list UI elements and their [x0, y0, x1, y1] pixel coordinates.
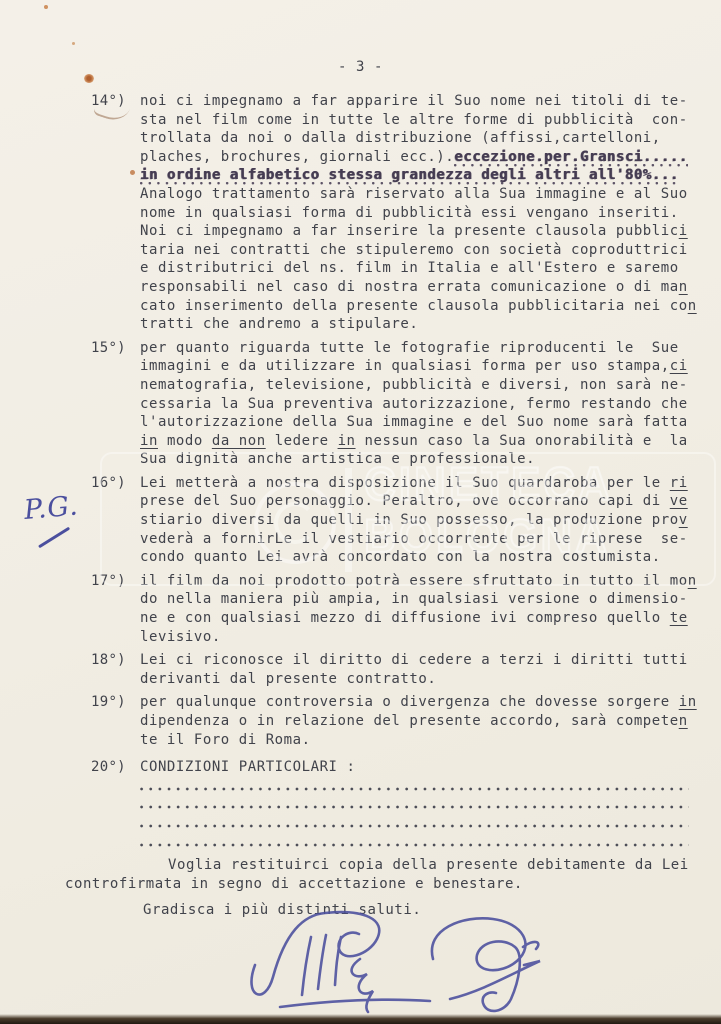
scan-edge — [0, 1014, 721, 1024]
typed-text: ledere — [266, 433, 338, 449]
underlined-text: in — [140, 433, 158, 449]
foxing-stain — [72, 42, 75, 45]
typed-text: Sua dignità anche artistica e profession… — [140, 451, 535, 467]
typed-text: dipendenza o in relazione del presente a… — [140, 713, 679, 729]
typed-text: trollata da noi o dalla distribuzione (a… — [140, 130, 661, 146]
clause-line: per qualunque controversia o divergenza … — [140, 693, 695, 712]
dotted-line — [140, 777, 689, 796]
clause-line: levisivo. — [140, 628, 695, 647]
clause-line: l'autorizzazione della Sua immagine e de… — [140, 413, 695, 432]
clause-text: CONDIZIONI PARTICOLARI : — [140, 758, 695, 851]
clauses: 14°)noi ci impegnamo a far apparire il S… — [0, 92, 721, 851]
dotted-line — [140, 795, 689, 814]
typed-text: vederà a fornirLe il vestiario occorrent… — [140, 531, 688, 547]
clause-line: per quanto riguarda tutte le fotografie … — [140, 339, 695, 358]
clause-number: 15°) — [91, 339, 140, 469]
clause: 16°)Lei metterà a nostra disposizione il… — [91, 474, 721, 567]
clause-line: il film da noi prodotto potrà essere sfr… — [140, 572, 695, 591]
closing-paragraph: Voglia restituirci copia della presente … — [0, 856, 721, 920]
clause-line: sta nel film come in tutte le altre form… — [140, 111, 695, 130]
foxing-stain — [44, 5, 48, 9]
typed-text: tratti che andremo a stipulare. — [140, 316, 418, 332]
underlined-text: da non — [212, 433, 266, 449]
clause-line: prese del Suo personaggio. Peraltro, ove… — [140, 492, 695, 511]
underlined-text: in — [679, 694, 697, 710]
typed-text: nessun caso la Sua onorabilità e la — [356, 433, 688, 449]
clause-line: Noi ci impegnamo a far inserire la prese… — [140, 222, 695, 241]
typed-text: cato inserimento della presente clausola… — [140, 298, 688, 314]
clause-line: Lei ci riconosce il diritto di cedere a … — [140, 651, 695, 670]
clause-line: stiario diversi da quelli in Suo possess… — [140, 511, 695, 530]
clause-line: dipendenza o in relazione del presente a… — [140, 712, 695, 731]
typed-text: levisivo. — [140, 629, 221, 645]
typed-text: prese del Suo personaggio. Peraltro, ove… — [140, 493, 670, 509]
clause: 14°)noi ci impegnamo a far apparire il S… — [91, 92, 721, 334]
underlined-text: n — [688, 298, 697, 314]
clause-line: do nella maniera più ampia, in qualsiasi… — [140, 590, 695, 609]
clause-line: in ordine alfabetico stessa grandezza de… — [140, 166, 695, 185]
typed-text: Analogo trattamento sarà riservato alla … — [140, 186, 688, 202]
clause-line: Lei metterà a nostra disposizione il Suo… — [140, 474, 695, 493]
clause-text: noi ci impegnamo a far apparire il Suo n… — [140, 92, 695, 334]
clause-number: 20°) — [91, 758, 140, 851]
typed-content: 14°)noi ci impegnamo a far apparire il S… — [0, 92, 721, 920]
clause: 15°)per quanto riguarda tutte le fotogra… — [91, 339, 721, 469]
clause: 20°)CONDIZIONI PARTICOLARI : — [91, 758, 721, 851]
clause-line: cessaria la Sua preventiva autorizzazion… — [140, 395, 695, 414]
clause-line: ne e con qualsiasi mezzo di diffusione i… — [140, 609, 695, 628]
clause-line: in modo da non ledere in nessun caso la … — [140, 432, 695, 451]
clause-line: nematografia, televisione, pubblicità e … — [140, 376, 695, 395]
typed-text: plaches, brochures, giornali ecc.). — [140, 149, 454, 165]
clause-line: condo quanto Lei avrà concordato con la … — [140, 548, 695, 567]
underlined-text: v — [679, 512, 688, 528]
typed-text: Lei metterà a nostra disposizione il Suo… — [140, 475, 670, 491]
clause-line: e distributrici del ns. film in Italia e… — [140, 259, 695, 278]
dotted-line — [140, 814, 689, 833]
clause-line: te il Foro di Roma. — [140, 731, 695, 750]
typed-text: nematografia, televisione, pubblicità e … — [140, 377, 688, 393]
typed-text: l'autorizzazione della Sua immagine e de… — [140, 414, 688, 430]
dotted-line — [140, 833, 689, 852]
typed-text: immagini e da utilizzare in qualsiasi fo… — [140, 358, 670, 374]
clause-line: derivanti dal presente contratto. — [140, 670, 695, 689]
typed-text: responsabili nel caso di nostra errata c… — [140, 279, 679, 295]
document-page: - 3 - 14°)noi ci impegnamo a far apparir… — [0, 0, 721, 1024]
clause: 18°)Lei ci riconosce il diritto di ceder… — [91, 651, 721, 688]
typed-text: Lei ci riconosce il diritto di cedere a … — [140, 652, 688, 668]
underlined-text: ri — [670, 475, 688, 491]
foxing-stain — [84, 74, 94, 83]
underlined-text: te — [670, 610, 688, 626]
closing-line: Gradisca i più distinti saluti. — [65, 901, 721, 920]
clause: 17°)il film da noi prodotto potrà essere… — [91, 572, 721, 646]
underlined-text: i — [679, 223, 688, 239]
underlined-text: n — [679, 713, 688, 729]
clause-number: 17°) — [91, 572, 140, 646]
closing-line: controfirmata in segno di accettazione e… — [65, 875, 721, 894]
clause-number: 18°) — [91, 651, 140, 688]
overstruck-text: in ordine alfabetico stessa grandezza de… — [140, 167, 679, 185]
typed-text: ne e con qualsiasi mezzo di diffusione i… — [140, 610, 670, 626]
clause-line: vederà a fornirLe il vestiario occorrent… — [140, 530, 695, 549]
clause-line: nome in qualsiasi forma di pubblicità es… — [140, 204, 695, 223]
typed-text: sta nel film come in tutte le altre form… — [140, 112, 688, 128]
clause-line: immagini e da utilizzare in qualsiasi fo… — [140, 357, 695, 376]
underlined-text: in — [338, 433, 356, 449]
clause-line: Analogo trattamento sarà riservato alla … — [140, 185, 695, 204]
typed-text: Noi ci impegnamo a far inserire la prese… — [140, 223, 679, 239]
clause-text: Lei ci riconosce il diritto di cedere a … — [140, 651, 695, 688]
underlined-text: ci — [670, 358, 688, 374]
typed-text: condo quanto Lei avrà concordato con la … — [140, 549, 661, 565]
clause-text: per qualunque controversia o divergenza … — [140, 693, 695, 749]
clause-line: responsabili nel caso di nostra errata c… — [140, 278, 695, 297]
typed-text: il film da noi prodotto potrà essere sfr… — [140, 573, 688, 589]
typed-text: modo — [158, 433, 212, 449]
clause-text: per quanto riguarda tutte le fotografie … — [140, 339, 695, 469]
signature-scrawl — [225, 903, 545, 1018]
clause-line: cato inserimento della presente clausola… — [140, 297, 695, 316]
typed-text: taria nei contratti che stipuleremo con … — [140, 242, 688, 258]
underlined-text: ve — [670, 493, 688, 509]
clause-line: tratti che andremo a stipulare. — [140, 315, 695, 334]
clause-line: noi ci impegnamo a far apparire il Suo n… — [140, 92, 695, 111]
clause-text: il film da noi prodotto potrà essere sfr… — [140, 572, 695, 646]
typed-text: e distributrici del ns. film in Italia e… — [140, 260, 679, 276]
clause-number: 14°) — [91, 92, 140, 334]
typed-text: cessaria la Sua preventiva autorizzazion… — [140, 396, 688, 412]
underlined-text: n — [688, 573, 697, 589]
typed-text: do nella maniera più ampia, in qualsiasi… — [140, 591, 688, 607]
typed-text: noi ci impegnamo a far apparire il Suo n… — [140, 93, 688, 109]
typed-text: stiario diversi da quelli in Suo possess… — [140, 512, 679, 528]
clause-text: Lei metterà a nostra disposizione il Suo… — [140, 474, 695, 567]
clause-line: CONDIZIONI PARTICOLARI : — [140, 758, 695, 777]
underlined-text: n — [679, 279, 688, 295]
clause-line: taria nei contratti che stipuleremo con … — [140, 241, 695, 260]
page-number: - 3 - — [0, 59, 721, 75]
clause-line: plaches, brochures, giornali ecc.).eccez… — [140, 148, 695, 167]
typed-text: CONDIZIONI PARTICOLARI : — [140, 759, 356, 775]
clause-number: 19°) — [91, 693, 140, 749]
typed-text: derivanti dal presente contratto. — [140, 671, 436, 687]
typed-text: per quanto riguarda tutte le fotografie … — [140, 340, 679, 356]
overstruck-text: eccezione.per.Gransci..... — [454, 149, 687, 167]
typed-text: te il Foro di Roma. — [140, 732, 311, 748]
typed-text: nome in qualsiasi forma di pubblicità es… — [140, 205, 679, 221]
clause: 19°)per qualunque controversia o diverge… — [91, 693, 721, 749]
typed-text: per qualunque controversia o divergenza … — [140, 694, 679, 710]
clause-line: Sua dignità anche artistica e profession… — [140, 450, 695, 469]
clause-line: trollata da noi o dalla distribuzione (a… — [140, 129, 695, 148]
closing-line: Voglia restituirci copia della presente … — [65, 856, 721, 875]
clause-number: 16°) — [91, 474, 140, 567]
